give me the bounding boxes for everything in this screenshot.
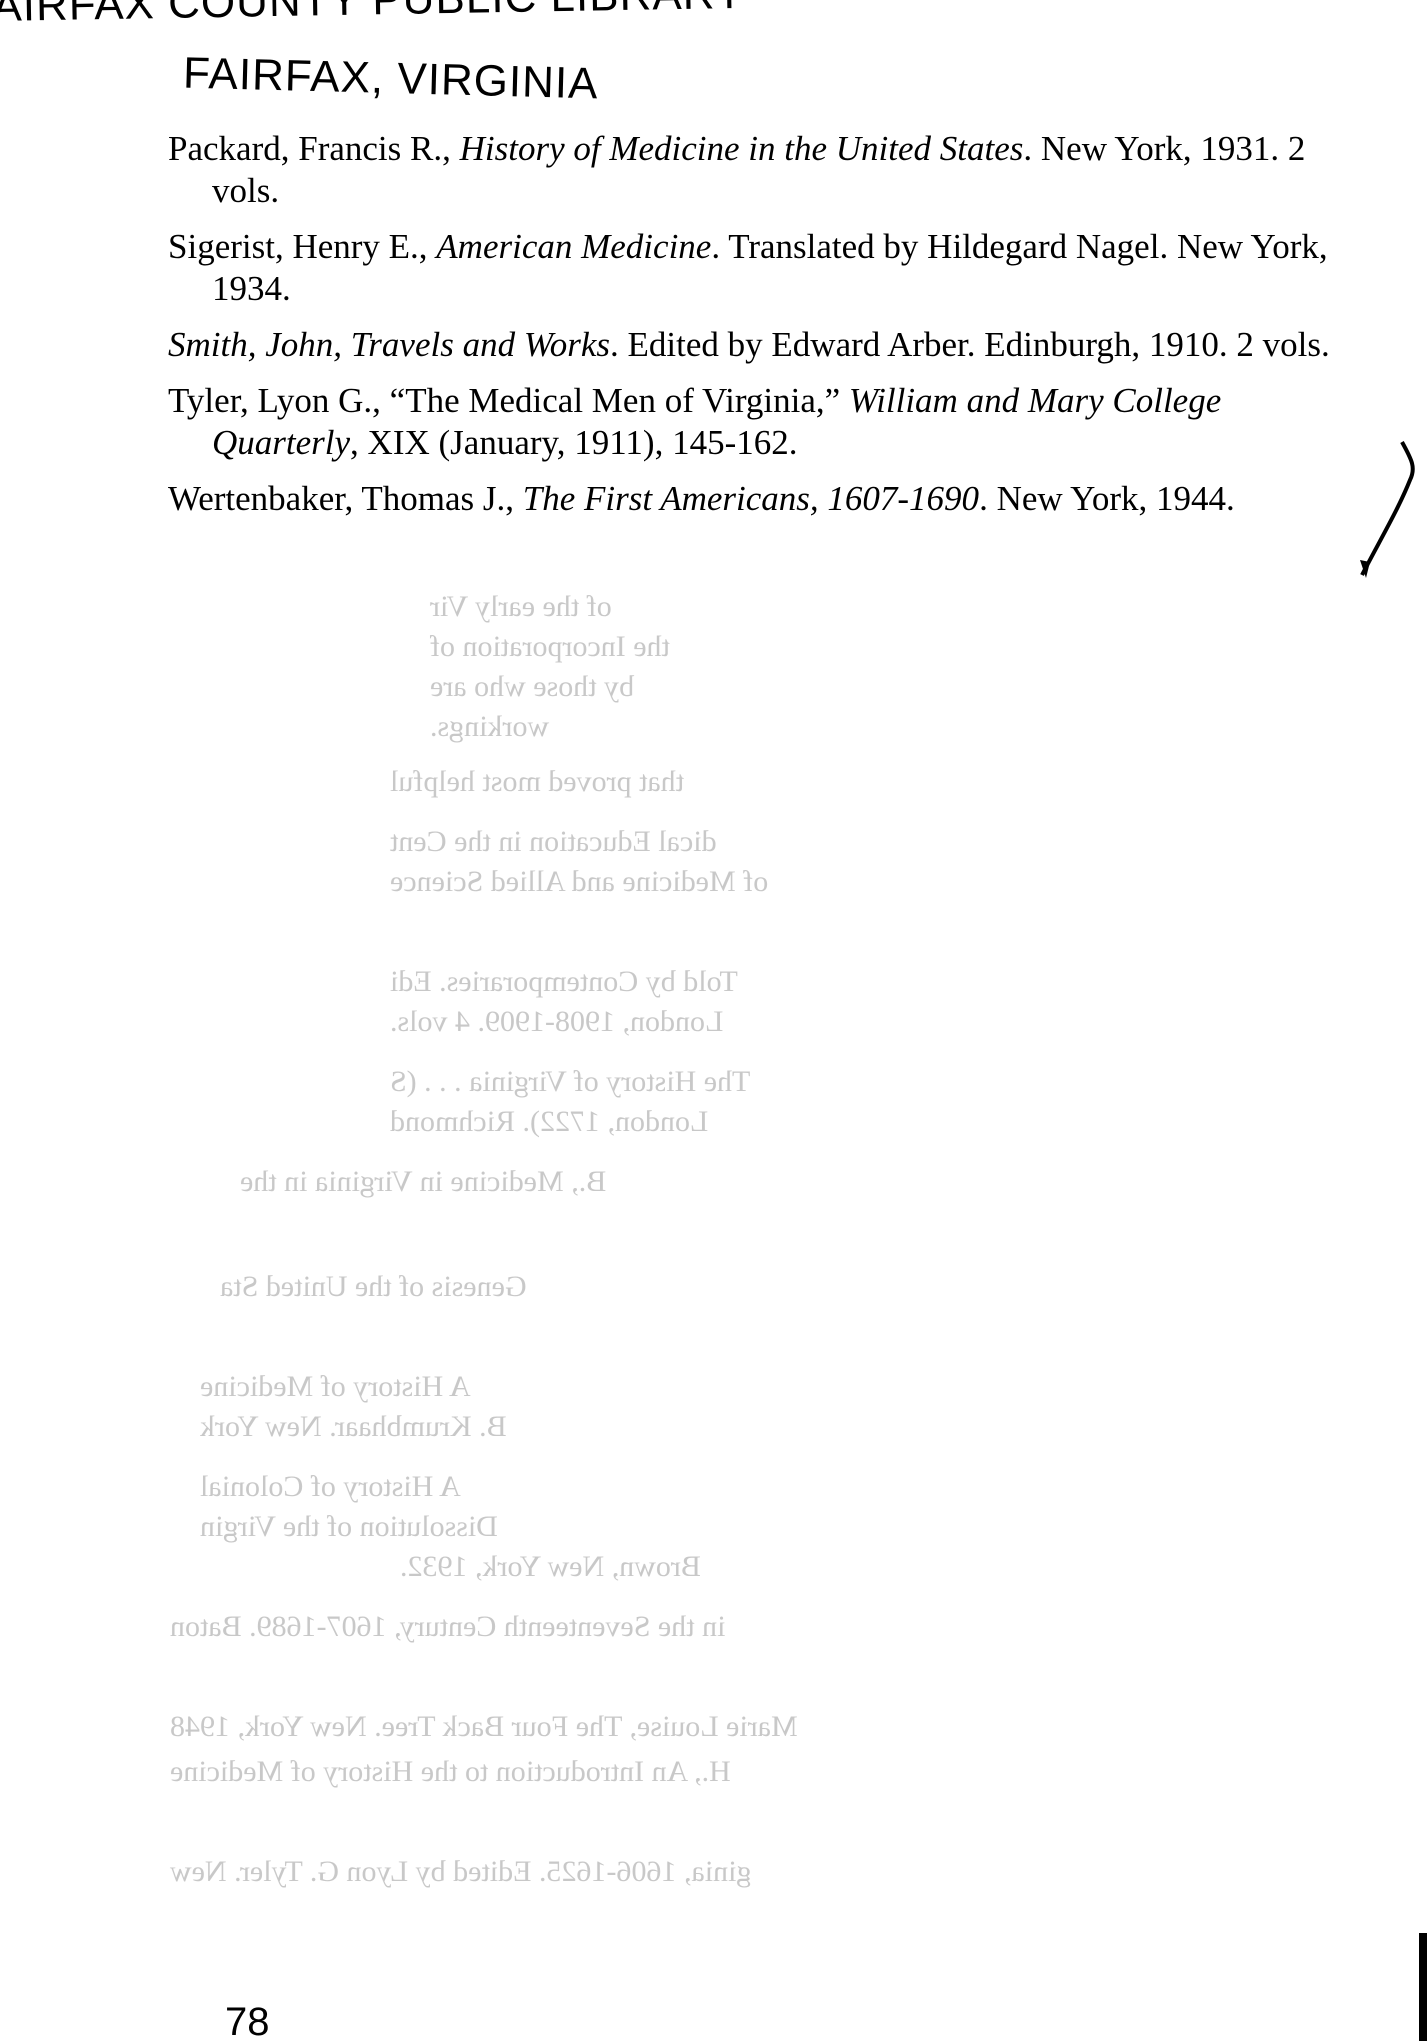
bleed-line: Genesis of the United Sta: [220, 1270, 527, 1304]
bibliography-entry: Sigerist, Henry E., American Medicine. T…: [168, 226, 1368, 310]
bleed-line: by those who are: [430, 670, 634, 704]
bleed-line: in the Seventeenth Century, 1607-1689. B…: [170, 1610, 725, 1644]
entry-author: Packard, Francis R.,: [168, 129, 460, 168]
bibliography-entry: Smith, John, Travels and Works. Edited b…: [168, 324, 1368, 366]
pen-check-mark: [1340, 440, 1420, 580]
bleed-line: B., Medicine in Virginia in the: [240, 1165, 606, 1199]
entry-publication: . New York, 1944.: [979, 479, 1235, 518]
bleed-line: Told by Contemporaries. Edi: [390, 965, 738, 999]
bleed-line: H., An Introduction to the History of Me…: [170, 1755, 731, 1789]
bleed-line: dical Education in the Cent: [390, 825, 717, 859]
bleed-line: London, 1722). Richmond: [390, 1105, 708, 1139]
scan-edge-shadow: [1419, 1933, 1427, 2041]
bleed-line: Marie Louise, The Four Back Tree. New Yo…: [170, 1710, 798, 1744]
library-stamp-line2: FAIRFAX, VIRGINIA: [182, 49, 599, 110]
bleed-line: Dissolution of the Virgin: [200, 1510, 498, 1544]
bleed-line: Brown, New York, 1932.: [400, 1550, 701, 1584]
bleed-line: A History of Colonial: [200, 1470, 461, 1504]
bleed-line: that proved most helpful: [390, 765, 684, 799]
bleed-line: workings.: [430, 710, 549, 744]
bleed-line: The History of Virginia . . . (S: [390, 1065, 750, 1099]
entry-author-title: Smith, John, Travels and Works: [168, 325, 610, 364]
page-number: 78: [225, 2000, 270, 2041]
bleed-line: A History of Medicine: [200, 1370, 471, 1404]
entry-title: History of Medicine in the United States: [460, 129, 1024, 168]
entry-title: American Medicine: [436, 227, 711, 266]
entry-author: Wertenbaker, Thomas J.,: [168, 479, 523, 518]
bibliography-entry: Tyler, Lyon G., “The Medical Men of Virg…: [168, 380, 1368, 464]
bleed-line: London, 1908-1909. 4 vols.: [390, 1005, 723, 1039]
entry-publication: , XIX (January, 1911), 145-162.: [350, 423, 797, 462]
bibliography-entry: Wertenbaker, Thomas J., The First Americ…: [168, 478, 1368, 520]
entry-title: The First Americans, 1607-1690: [523, 479, 979, 518]
bleed-line: B. Krumbhaar. New York: [200, 1410, 507, 1444]
bleed-line: ginia, 1606-1625. Edited by Lyon G. Tyle…: [170, 1855, 751, 1889]
entry-author: Sigerist, Henry E.,: [168, 227, 436, 266]
bleed-line: of Medicine and Allied Science: [390, 865, 768, 899]
bleed-line: the Incorporation of: [430, 630, 670, 664]
bleed-line: of the early Vir: [430, 590, 612, 624]
entry-author: Tyler, Lyon G., “The Medical Men of Virg…: [168, 381, 849, 420]
library-stamp-line1: AIRFAX COUNTY PUBLIC LIBRARY: [0, 0, 745, 32]
entry-publication: . Edited by Edward Arber. Edinburgh, 191…: [610, 325, 1330, 364]
bibliography-entry: Packard, Francis R., History of Medicine…: [168, 128, 1368, 212]
bibliography: Packard, Francis R., History of Medicine…: [168, 128, 1368, 534]
